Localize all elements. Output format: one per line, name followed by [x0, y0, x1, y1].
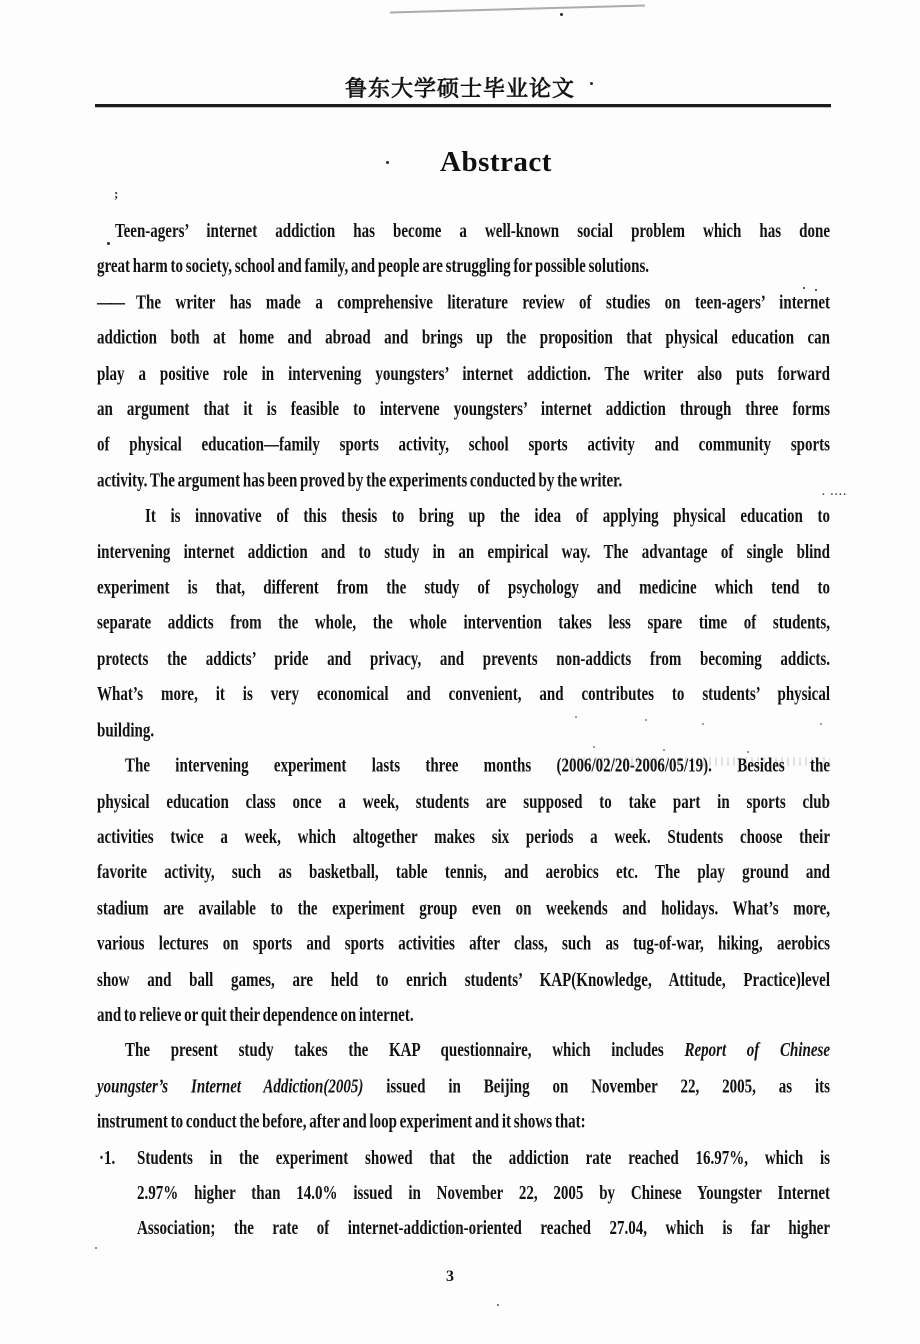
- text-line: experiment is that, different from the s…: [97, 571, 830, 607]
- page-title: Abstract: [440, 146, 552, 179]
- scan-dot: [575, 716, 577, 718]
- scan-noise: [565, 757, 830, 766]
- text-line: physical education class once a week, st…: [97, 785, 830, 821]
- scan-dot: [663, 749, 665, 751]
- text-line: instrument to conduct the before, after …: [97, 1106, 830, 1142]
- scan-dot: [702, 723, 704, 725]
- scan-dot: [386, 161, 389, 164]
- paragraph-1: Teen-agers’ internet addiction has becom…: [97, 215, 830, 286]
- paragraph-4: The intervening experiment lasts three m…: [97, 749, 830, 1034]
- text-line: separate addicts from the whole, the who…: [97, 607, 830, 643]
- scan-dot: [593, 746, 595, 748]
- text-line: stadium are available to the experiment …: [97, 892, 830, 928]
- list-number: ·1.: [99, 1141, 115, 1177]
- scan-artifact-mark: . ....: [822, 486, 848, 498]
- scan-dot: [747, 751, 749, 753]
- scan-dot: [497, 1304, 499, 1306]
- text-line: show and ball games, are held to enrich …: [97, 963, 830, 999]
- text-line: protects the addicts’ pride and privacy,…: [97, 643, 830, 679]
- text-line: activity. The argument has been proved b…: [97, 464, 830, 500]
- text-line: activities twice a week, which altogethe…: [97, 821, 830, 857]
- text-line: great harm to society, school and family…: [97, 251, 830, 287]
- text-line: play a positive role in intervening youn…: [97, 358, 830, 394]
- scan-dot: [107, 242, 110, 245]
- text-line: Students in the experiment showed that t…: [137, 1141, 830, 1177]
- em-dash: ——: [97, 293, 123, 314]
- thesis-page: 鲁东大学硕士毕业论文 Abstract Teen-agers’ internet…: [0, 0, 920, 1344]
- text-line: ——The writer has made a comprehensive li…: [97, 286, 830, 322]
- text-line: addiction both at home and abroad and br…: [97, 322, 830, 358]
- text-line: youngster’s Internet Addiction(2005) iss…: [97, 1070, 830, 1106]
- text-segment: The writer has made a comprehensive lite…: [136, 293, 830, 314]
- italic-title-segment: youngster’s Internet Addiction(2005): [97, 1077, 363, 1098]
- text-line: The intervening experiment lasts three m…: [97, 749, 830, 785]
- scan-dot: [95, 1247, 97, 1249]
- text-line: 2.97% higher than 14.0% issued in Novemb…: [137, 1177, 830, 1213]
- scan-dot: [803, 287, 805, 289]
- abstract-body: Teen-agers’ internet addiction has becom…: [97, 215, 830, 1248]
- text-line: Association; the rate of internet-addict…: [137, 1213, 830, 1249]
- paragraph-5: The present study takes the KAP question…: [97, 1034, 830, 1141]
- list-item-1: ·1. Students in the experiment showed th…: [97, 1141, 830, 1248]
- text-segment: The present study takes the KAP question…: [125, 1041, 684, 1062]
- text-line: favorite activity, such as basketball, t…: [97, 856, 830, 892]
- header-title: 鲁东大学硕士毕业论文: [0, 72, 920, 103]
- paragraph-2: ——The writer has made a comprehensive li…: [97, 286, 830, 500]
- scan-dot: [820, 723, 822, 725]
- text-line: It is innovative of this thesis to bring…: [97, 500, 830, 536]
- header-rule: [95, 104, 831, 107]
- scan-dot: [645, 719, 647, 721]
- text-line: Teen-agers’ internet addiction has becom…: [97, 215, 830, 251]
- text-line: building.: [97, 714, 830, 750]
- scan-dot: [590, 82, 593, 85]
- text-line: What’s more, it is very economical and c…: [97, 678, 830, 714]
- italic-title-segment: Report of Chinese: [684, 1041, 830, 1062]
- text-line: intervening internet addiction and to st…: [97, 536, 830, 572]
- paragraph-3: It is innovative of this thesis to bring…: [97, 500, 830, 749]
- scan-dot: [815, 289, 817, 291]
- text-line: and to relieve or quit their dependence …: [97, 999, 830, 1035]
- scan-artifact-mark: ;: [114, 186, 118, 202]
- scan-dot: [560, 13, 563, 16]
- text-line: of physical education—family sports acti…: [97, 429, 830, 465]
- text-segment: issued in Beijing on November 22, 2005, …: [363, 1077, 830, 1098]
- page-number: 3: [440, 1268, 460, 1286]
- scan-artifact-line: [390, 4, 645, 13]
- text-line: The present study takes the KAP question…: [97, 1034, 830, 1070]
- text-line: various lectures on sports and sports ac…: [97, 928, 830, 964]
- text-line: an argument that it is feasible to inter…: [97, 393, 830, 429]
